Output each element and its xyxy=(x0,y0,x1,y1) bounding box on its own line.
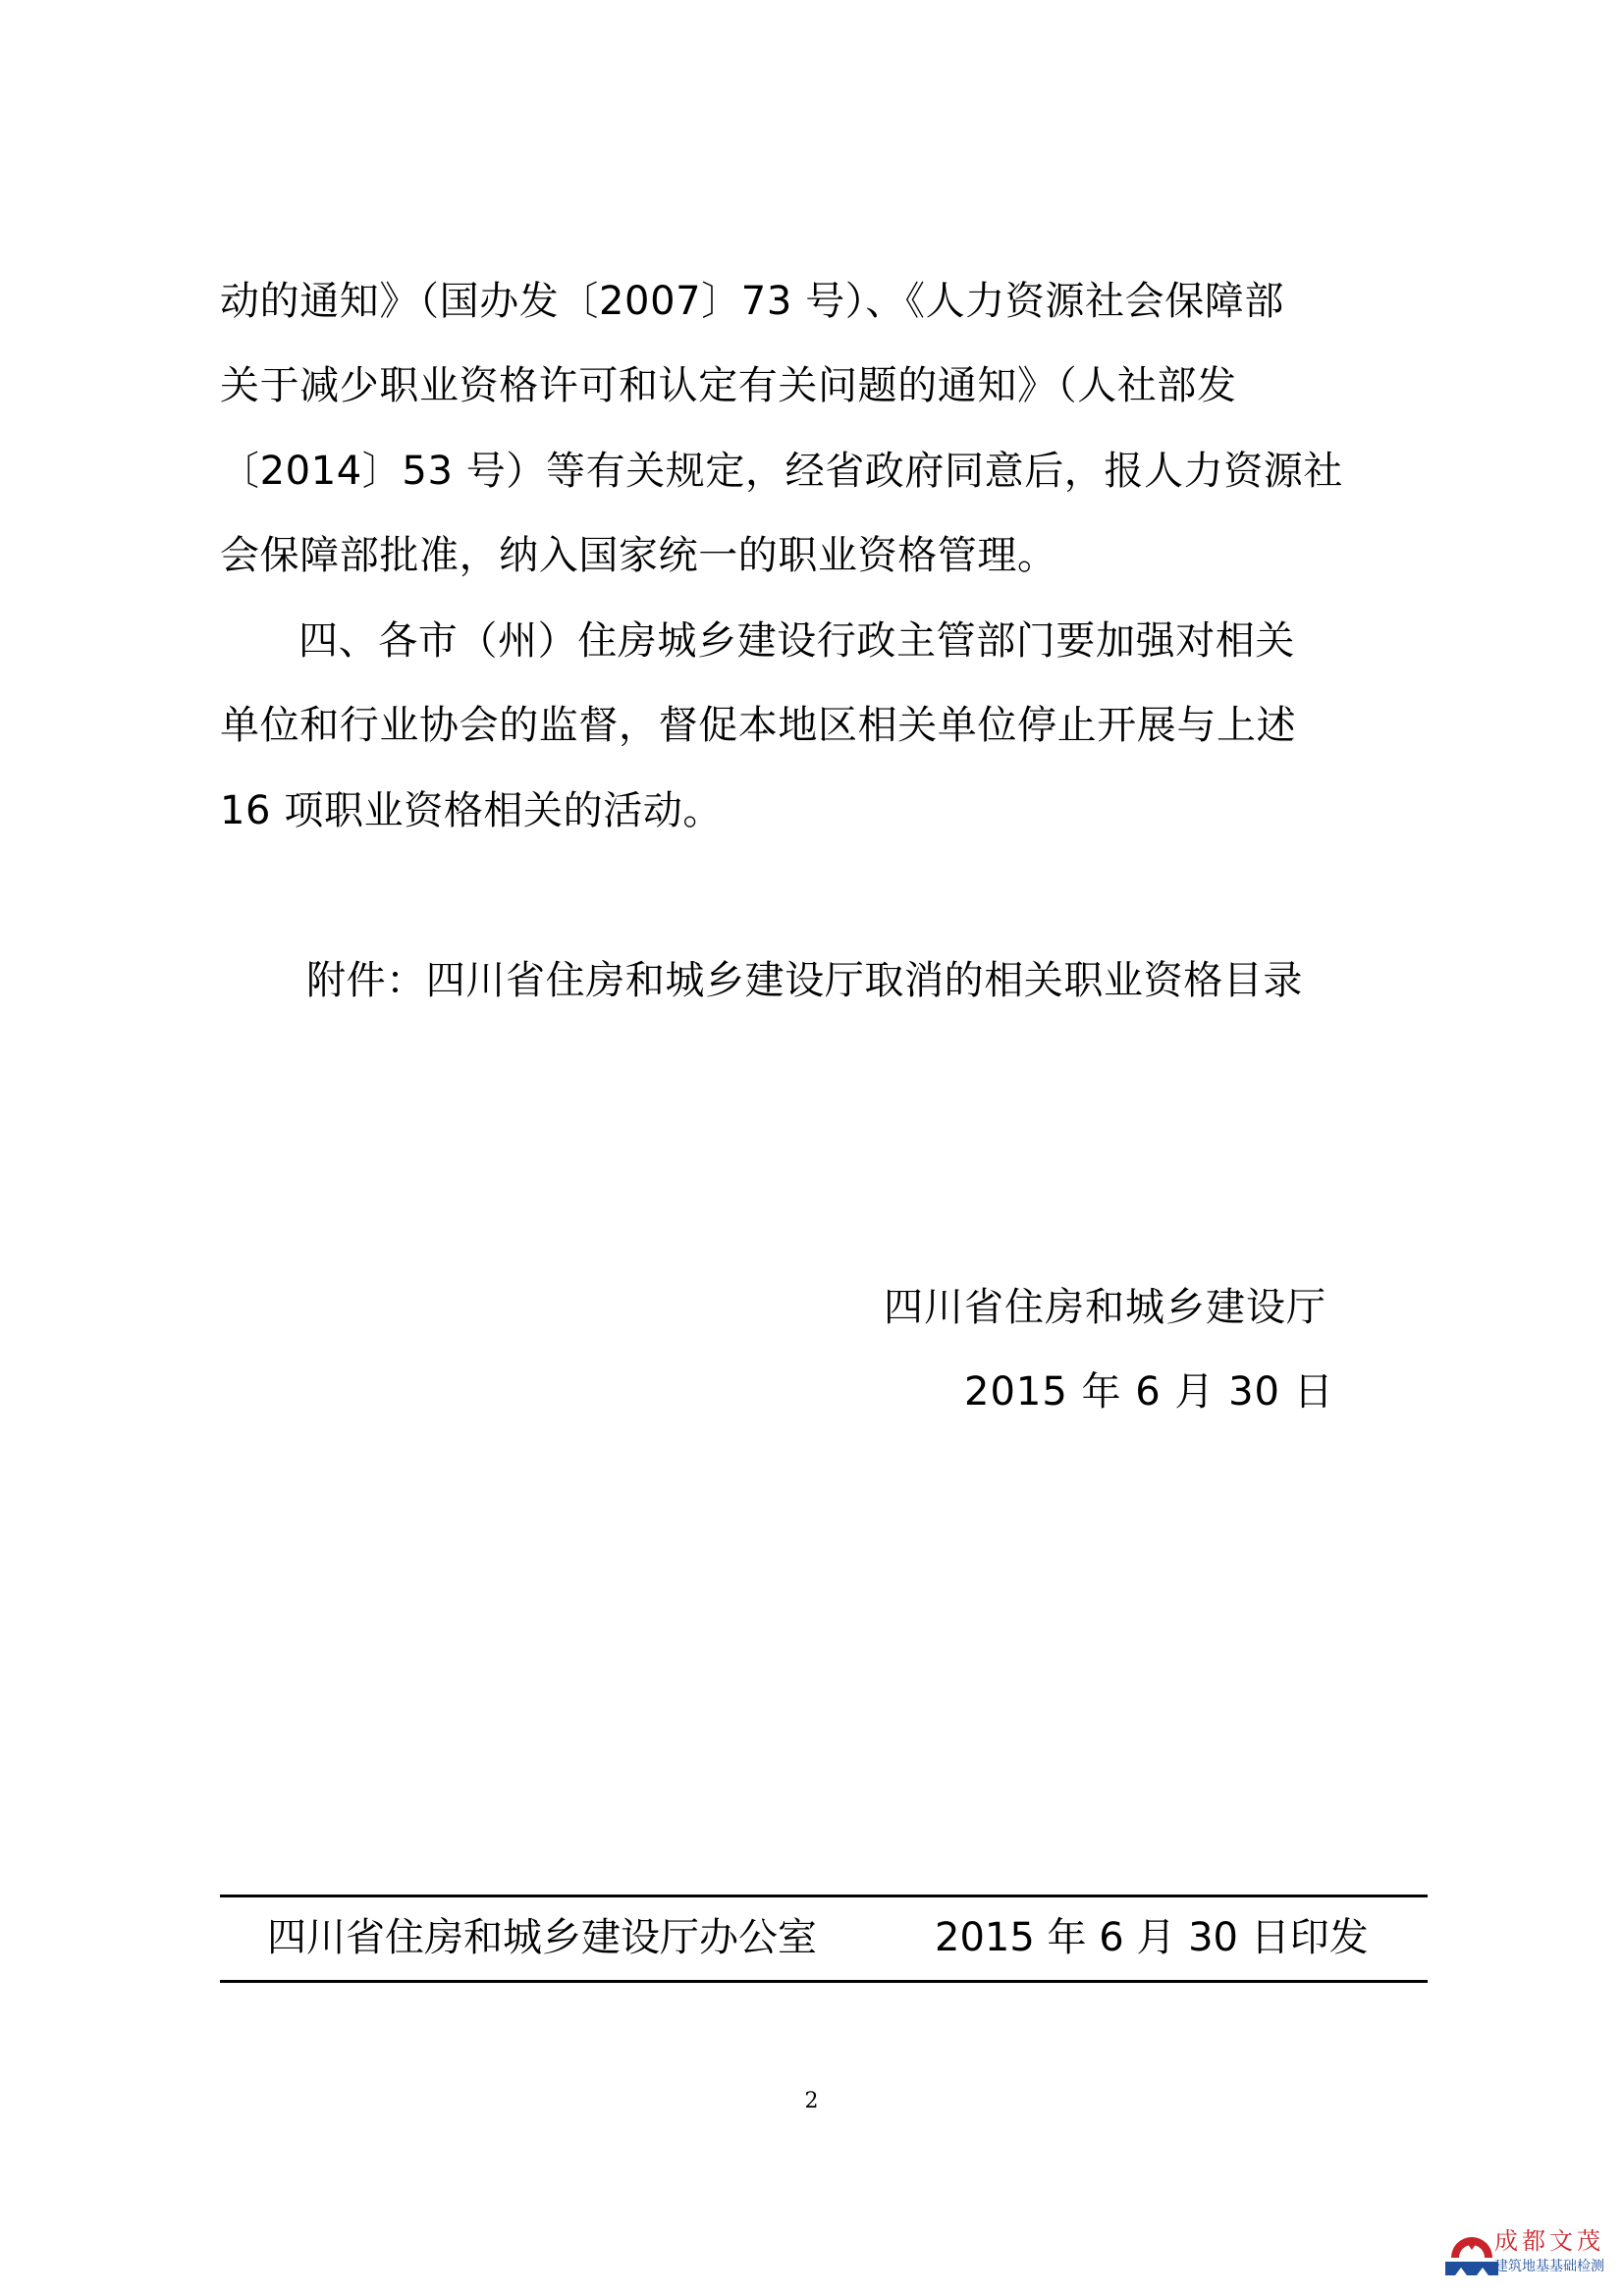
body-line-1: 动的通知》（国办发〔2007〕73 号）、《人力资源社会保障部 xyxy=(220,278,1284,325)
watermark-subtitle: 建筑地基基础检测 xyxy=(1494,2258,1604,2275)
page-number: 2 xyxy=(0,2089,1623,2114)
footer-issuer: 四川省住房和城乡建设厅办公室 xyxy=(267,1914,817,1961)
signature-date: 2015 年 6 月 30 日 xyxy=(964,1368,1334,1415)
attachment-reference: 附件：四川省住房和城乡建设厅取消的相关职业资格目录 xyxy=(306,957,1303,1004)
footer-top-rule xyxy=(220,1895,1428,1897)
signature-organization: 四川省住房和城乡建设厅 xyxy=(884,1284,1326,1331)
body-line-3: 〔2014〕53 号）等有关规定，经省政府同意后，报人力资源社 xyxy=(220,448,1343,495)
body-paragraph-four-line-1: 四、各市（州）住房城乡建设行政主管部门要加强对相关 xyxy=(298,617,1295,665)
footer-bottom-rule xyxy=(220,1980,1428,1983)
document-page: 动的通知》（国办发〔2007〕73 号）、《人力资源社会保障部 关于减少职业资格… xyxy=(0,0,1623,2296)
footer-issue-date: 2015 年 6 月 30 日印发 xyxy=(935,1914,1369,1961)
watermark-title: 成都文茂 xyxy=(1494,2226,1604,2256)
body-line-4: 会保障部批准，纳入国家统一的职业资格管理。 xyxy=(220,532,1057,579)
body-line-2: 关于减少职业资格许可和认定有关问题的通知》（人社部发 xyxy=(220,362,1237,409)
company-logo-icon xyxy=(1443,2228,1500,2279)
body-paragraph-four-line-2: 单位和行业协会的监督，督促本地区相关单位停止开展与上述 xyxy=(220,702,1296,749)
body-paragraph-four-line-3: 16 项职业资格相关的活动。 xyxy=(220,787,723,834)
watermark: 成都文茂 建筑地基基础检测 xyxy=(1443,2226,1620,2285)
